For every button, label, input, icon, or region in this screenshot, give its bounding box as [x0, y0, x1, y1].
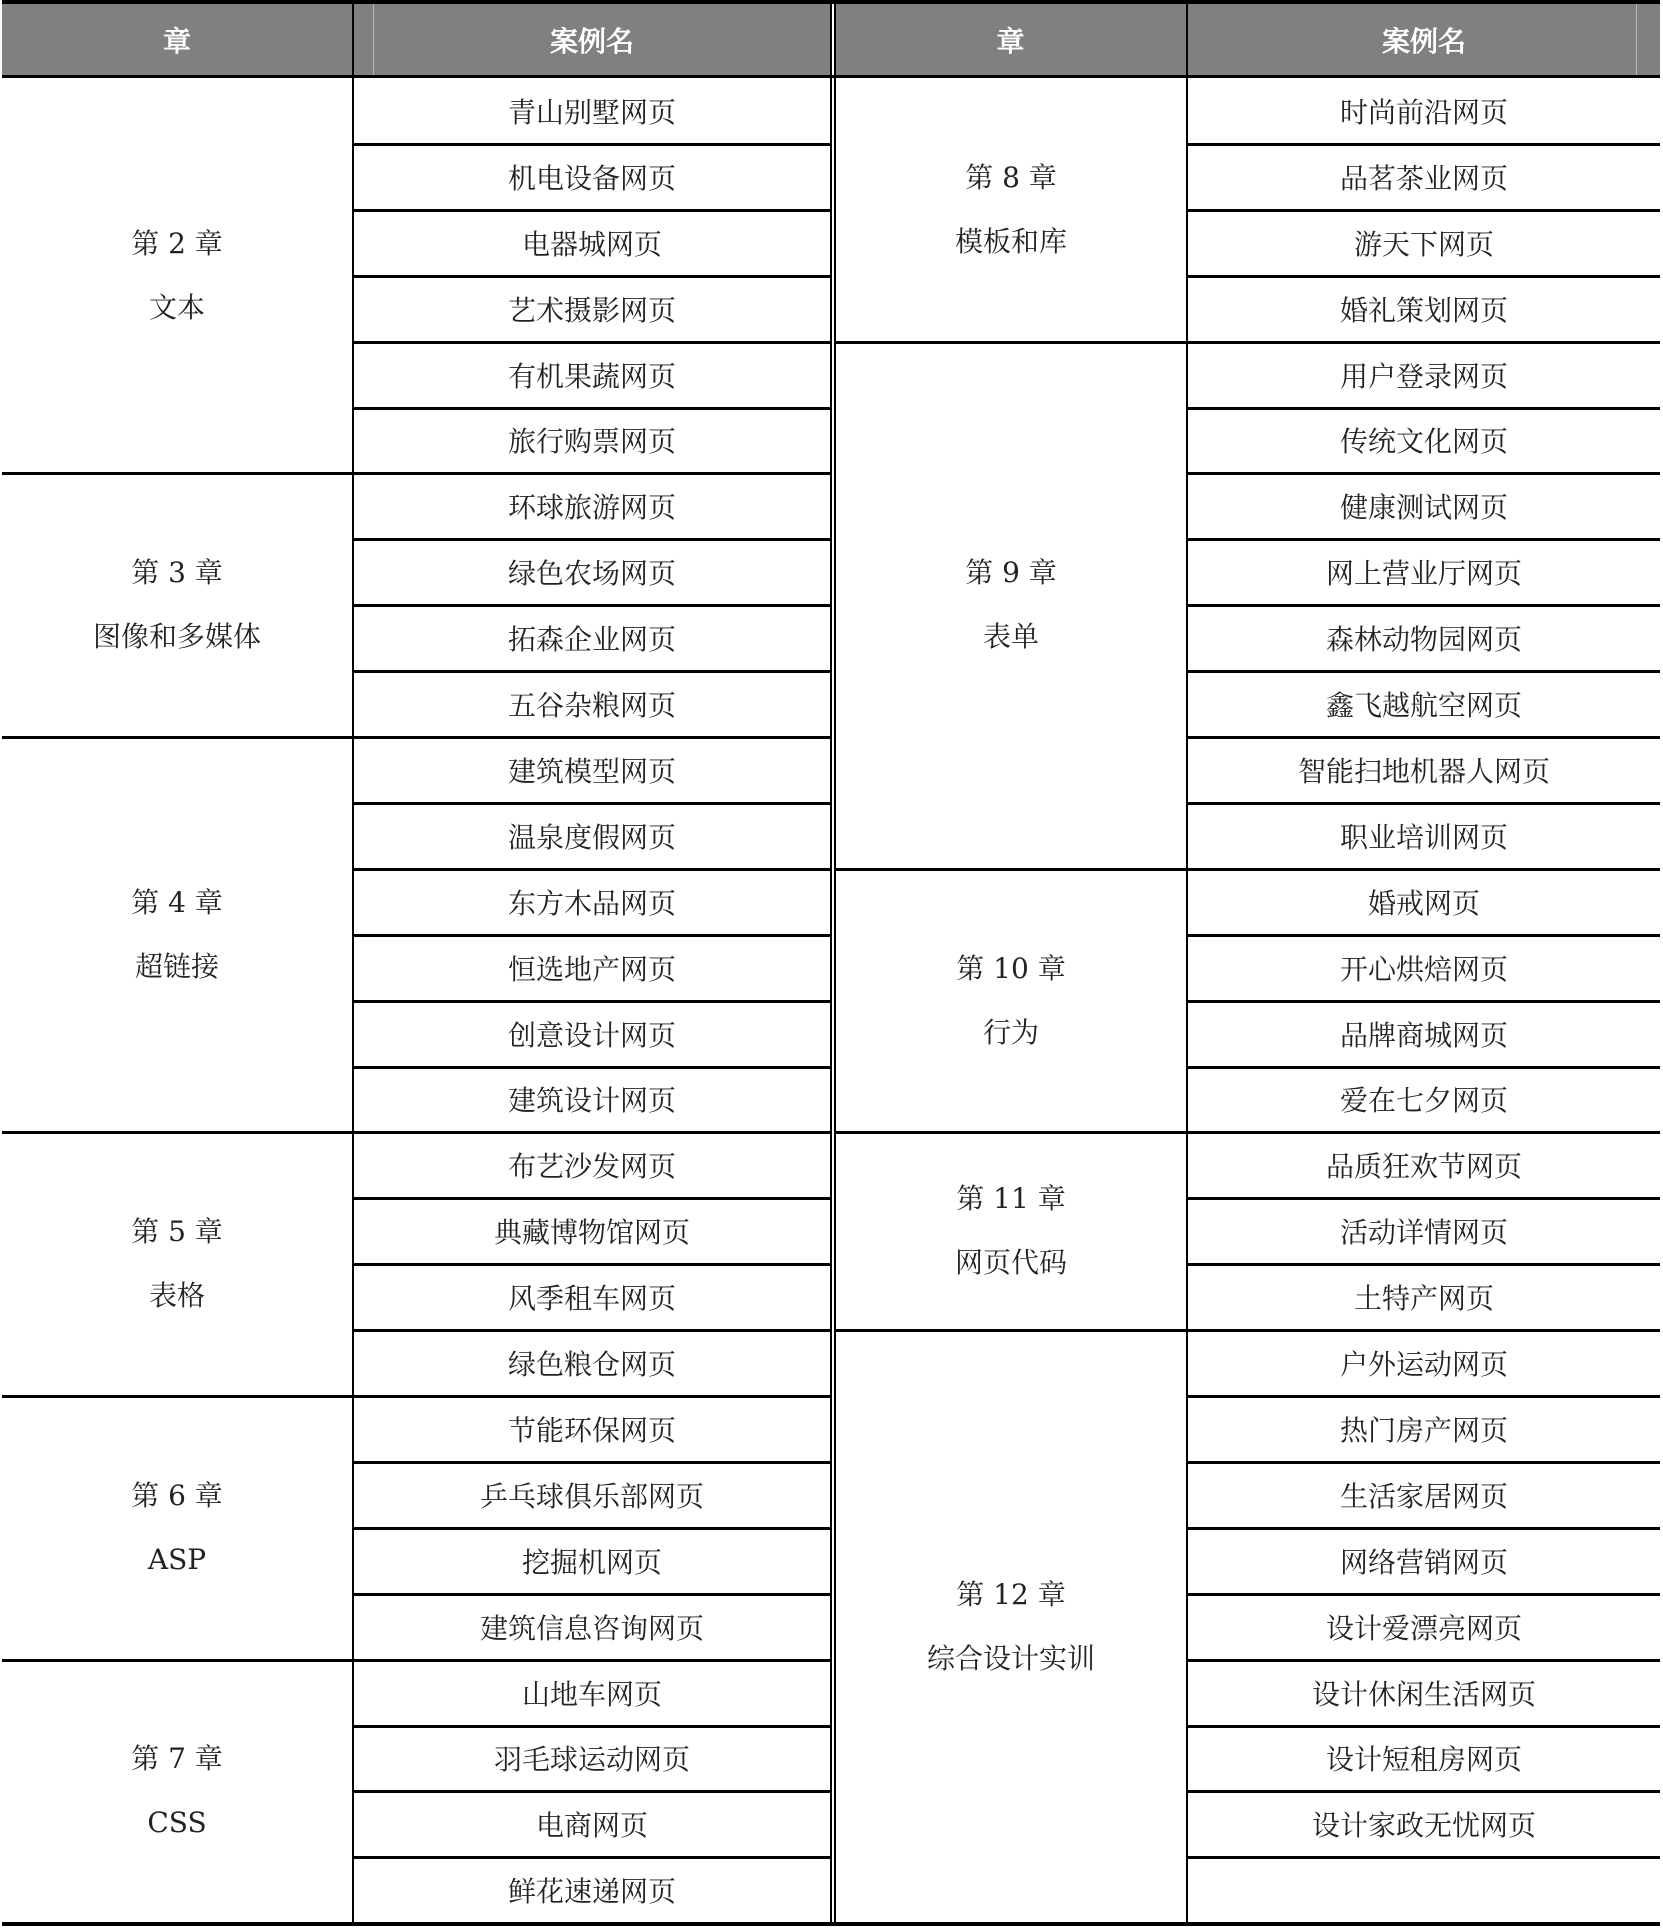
case-name-cell: 土特产网页 — [1188, 1264, 1660, 1330]
chapter-title: 综合设计实训 — [927, 1627, 1095, 1691]
case-name-cell: 生活家居网页 — [1188, 1462, 1660, 1528]
row-rule — [354, 1263, 830, 1266]
row-rule — [1188, 209, 1660, 212]
case-name-cell: 设计短租房网页 — [1188, 1726, 1660, 1792]
chapter-cell: 第 6 章ASP — [2, 1396, 352, 1660]
header-case-left: 案例名 — [354, 4, 830, 75]
row-rule — [354, 1856, 830, 1859]
case-name-cell: 鲜花速递网页 — [354, 1857, 830, 1923]
row-rule — [354, 868, 830, 871]
chapter-title: 表单 — [983, 605, 1039, 669]
table-bottom-rule — [2, 1922, 1660, 1926]
case-name-cell: 环球旅游网页 — [354, 473, 830, 539]
row-rule — [354, 934, 830, 937]
case-name-cell: 游天下网页 — [1188, 210, 1660, 276]
case-name-cell: 智能扫地机器人网页 — [1188, 737, 1660, 803]
header-chapter-label: 章 — [163, 20, 191, 60]
header-chapter-label: 章 — [996, 20, 1024, 60]
chapter-cell: 第 3 章图像和多媒体 — [2, 473, 352, 737]
case-name-cell: 五谷杂粮网页 — [354, 671, 830, 737]
chapter-number: 第 8 章 — [965, 146, 1057, 210]
header-faint-divider — [373, 4, 374, 75]
case-name-cell: 乒乓球俱乐部网页 — [354, 1462, 830, 1528]
case-name-cell: 用户登录网页 — [1188, 342, 1660, 408]
case-name-cell: 电商网页 — [354, 1791, 830, 1857]
row-rule — [1188, 1790, 1660, 1793]
chapter-number: 第 10 章 — [956, 937, 1065, 1001]
case-name-cell: 风季租车网页 — [354, 1264, 830, 1330]
row-rule — [1188, 934, 1660, 937]
row-rule — [1188, 604, 1660, 607]
case-name-cell: 品质狂欢节网页 — [1188, 1132, 1660, 1198]
chapter-number: 第 9 章 — [965, 541, 1057, 605]
row-rule — [1188, 802, 1660, 805]
row-rule — [1188, 407, 1660, 410]
case-name-cell: 婚礼策划网页 — [1188, 276, 1660, 342]
chapter-cell: 第 7 章CSS — [2, 1660, 352, 1924]
chapter-cell: 第 4 章超链接 — [2, 737, 352, 1132]
row-rule — [354, 670, 830, 673]
chapter-number: 第 4 章 — [131, 871, 223, 935]
case-name-cell: 传统文化网页 — [1188, 408, 1660, 474]
row-rule — [354, 1593, 830, 1596]
header-case-label: 案例名 — [550, 20, 634, 60]
row-rule — [354, 143, 830, 146]
chapter-title: 网页代码 — [955, 1231, 1067, 1295]
row-rule — [354, 1725, 830, 1728]
case-name-cell: 建筑信息咨询网页 — [354, 1594, 830, 1660]
header-chapter-left: 章 — [2, 4, 352, 75]
row-rule — [1188, 1395, 1660, 1398]
case-name-cell: 羽毛球运动网页 — [354, 1726, 830, 1792]
case-name-cell: 布艺沙发网页 — [354, 1132, 830, 1198]
case-name-cell — [1188, 1857, 1660, 1923]
chapter-number: 第 12 章 — [956, 1563, 1065, 1627]
row-rule — [1188, 1000, 1660, 1003]
case-name-cell: 网上营业厅网页 — [1188, 539, 1660, 605]
row-rule — [1188, 1659, 1660, 1662]
chapter-title: 文本 — [149, 276, 205, 340]
case-name-cell: 建筑模型网页 — [354, 737, 830, 803]
case-name-cell: 品茗茶业网页 — [1188, 144, 1660, 210]
row-rule — [1188, 275, 1660, 278]
case-name-cell: 热门房产网页 — [1188, 1396, 1660, 1462]
chapter-cell: 第 10 章行为 — [836, 869, 1186, 1133]
row-rule — [1188, 143, 1660, 146]
chapter-number: 第 6 章 — [131, 1464, 223, 1528]
center-double-rule — [834, 0, 836, 1926]
row-rule — [354, 275, 830, 278]
chapter-number: 第 5 章 — [131, 1200, 223, 1264]
case-name-cell: 绿色粮仓网页 — [354, 1330, 830, 1396]
case-name-cell: 机电设备网页 — [354, 144, 830, 210]
row-rule — [354, 538, 830, 541]
case-name-cell: 典藏博物馆网页 — [354, 1198, 830, 1264]
case-name-cell: 设计爱漂亮网页 — [1188, 1594, 1660, 1660]
column-divider — [1186, 0, 1188, 1926]
chapter-title: ASP — [148, 1528, 206, 1592]
row-rule — [1188, 1197, 1660, 1200]
case-name-cell: 节能环保网页 — [354, 1396, 830, 1462]
row-rule — [354, 1066, 830, 1069]
row-rule — [1188, 1066, 1660, 1069]
chapter-title: CSS — [147, 1791, 206, 1855]
case-name-cell: 拓森企业网页 — [354, 605, 830, 671]
row-rule — [354, 802, 830, 805]
row-rule — [354, 209, 830, 212]
chapter-number: 第 11 章 — [956, 1167, 1065, 1231]
row-rule — [1188, 1725, 1660, 1728]
row-rule — [354, 407, 830, 410]
header-faint-divider — [1636, 4, 1637, 75]
case-name-cell: 建筑设计网页 — [354, 1067, 830, 1133]
chapter-cell: 第 2 章文本 — [2, 78, 352, 473]
row-rule — [354, 1000, 830, 1003]
case-name-cell: 爱在七夕网页 — [1188, 1067, 1660, 1133]
case-name-cell: 开心烘焙网页 — [1188, 935, 1660, 1001]
case-name-cell: 活动详情网页 — [1188, 1198, 1660, 1264]
case-name-cell: 设计休闲生活网页 — [1188, 1660, 1660, 1726]
case-name-cell: 职业培训网页 — [1188, 803, 1660, 869]
row-rule — [1188, 1461, 1660, 1464]
row-rule — [1188, 1593, 1660, 1596]
row-rule — [354, 604, 830, 607]
row-rule — [1188, 1527, 1660, 1530]
row-rule — [354, 341, 830, 344]
case-name-cell: 创意设计网页 — [354, 1001, 830, 1067]
case-name-cell: 电器城网页 — [354, 210, 830, 276]
case-name-cell: 森林动物园网页 — [1188, 605, 1660, 671]
case-name-cell: 时尚前沿网页 — [1188, 78, 1660, 144]
chapter-cell: 第 5 章表格 — [2, 1132, 352, 1396]
row-rule — [1188, 1263, 1660, 1266]
case-name-cell: 健康测试网页 — [1188, 473, 1660, 539]
row-rule — [1188, 670, 1660, 673]
case-name-cell: 青山别墅网页 — [354, 78, 830, 144]
column-divider — [352, 0, 354, 1926]
case-name-cell: 山地车网页 — [354, 1660, 830, 1726]
row-rule — [1188, 538, 1660, 541]
case-name-cell: 恒选地产网页 — [354, 935, 830, 1001]
chapter-cell: 第 9 章表单 — [836, 342, 1186, 869]
case-name-cell: 绿色农场网页 — [354, 539, 830, 605]
case-name-cell: 品牌商城网页 — [1188, 1001, 1660, 1067]
header-case-label: 案例名 — [1382, 20, 1466, 60]
case-name-cell: 旅行购票网页 — [354, 408, 830, 474]
row-rule — [354, 1329, 830, 1332]
case-name-cell: 设计家政无忧网页 — [1188, 1791, 1660, 1857]
chapter-cell: 第 11 章网页代码 — [836, 1132, 1186, 1330]
chapter-cell: 第 8 章模板和库 — [836, 78, 1186, 342]
case-name-cell: 婚戒网页 — [1188, 869, 1660, 935]
row-rule — [1188, 1856, 1660, 1859]
chapter-number: 第 3 章 — [131, 541, 223, 605]
row-rule — [354, 1197, 830, 1200]
chapter-title: 图像和多媒体 — [93, 605, 261, 669]
chapter-cell: 第 12 章综合设计实训 — [836, 1330, 1186, 1923]
case-name-cell: 挖掘机网页 — [354, 1528, 830, 1594]
case-name-cell: 户外运动网页 — [1188, 1330, 1660, 1396]
row-rule — [354, 1527, 830, 1530]
center-double-rule — [830, 0, 832, 1926]
row-rule — [1188, 472, 1660, 475]
header-case-right: 案例名 — [1188, 4, 1660, 75]
case-name-cell: 艺术摄影网页 — [354, 276, 830, 342]
case-name-cell: 温泉度假网页 — [354, 803, 830, 869]
chapter-title: 超链接 — [135, 935, 219, 999]
chapter-case-table: 章 案例名 章 案例名 第 2 章文本青山别墅网页机电设备网页电器城网页艺术摄影… — [2, 0, 1660, 1926]
chapter-title: 模板和库 — [955, 210, 1067, 274]
case-name-cell: 鑫飞越航空网页 — [1188, 671, 1660, 737]
chapter-number: 第 7 章 — [131, 1727, 223, 1791]
chapter-number: 第 2 章 — [131, 212, 223, 276]
case-name-cell: 有机果蔬网页 — [354, 342, 830, 408]
case-name-cell: 东方木品网页 — [354, 869, 830, 935]
chapter-title: 表格 — [149, 1264, 205, 1328]
row-rule — [354, 1790, 830, 1793]
row-rule — [1188, 736, 1660, 739]
row-rule — [354, 1461, 830, 1464]
case-name-cell: 网络营销网页 — [1188, 1528, 1660, 1594]
chapter-title: 行为 — [983, 1001, 1039, 1065]
header-chapter-right: 章 — [835, 4, 1186, 75]
